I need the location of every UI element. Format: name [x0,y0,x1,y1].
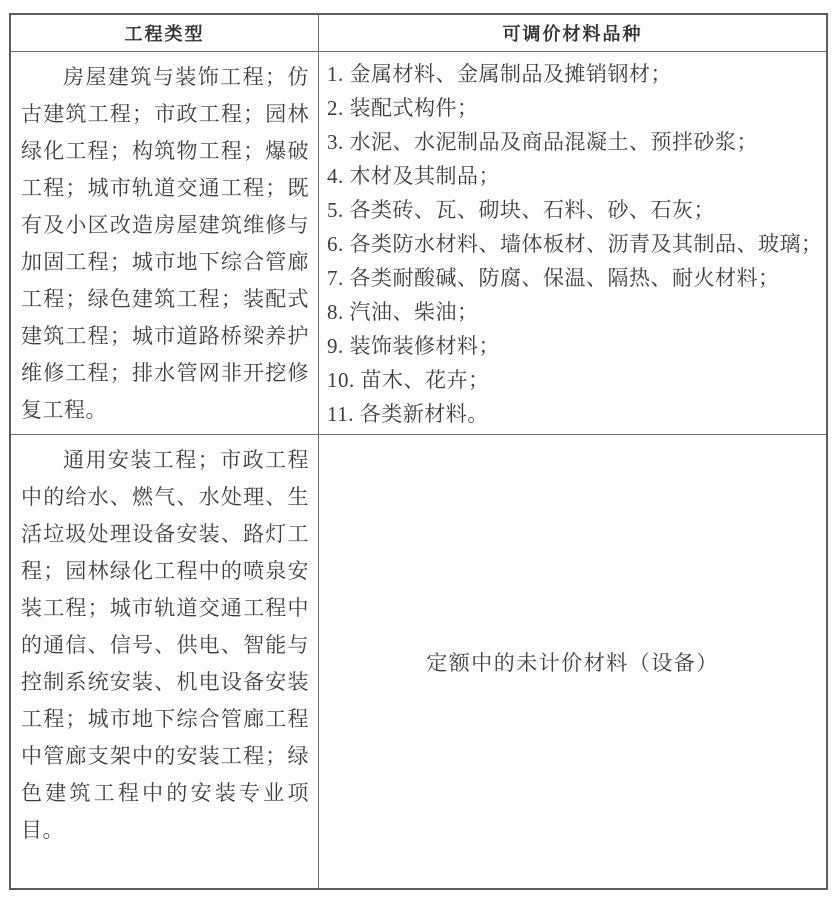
project-types-construction-cell: 房屋建筑与装饰工程；仿古建筑工程；市政工程；园林绿化工程；构筑物工程；爆破工程；… [11,52,319,435]
list-item: 3. 水泥、水泥制品及商品混凝土、预拌砂浆； [327,125,822,159]
list-item: 10. 苗木、花卉； [327,363,822,397]
list-item: 6. 各类防水材料、墙体板材、沥青及其制品、玻璃； [327,227,822,261]
list-item: 4. 木材及其制品； [327,159,822,193]
materials-note-cell: 定额中的未计价材料（设备） [319,435,826,888]
materials-list: 1. 金属材料、金属制品及摊销钢材； 2. 装配式构件； 3. 水泥、水泥制品及… [319,52,826,435]
list-item: 11. 各类新材料。 [327,397,822,431]
list-item: 7. 各类耐酸碱、防腐、保温、隔热、耐火材料； [327,261,822,295]
price-adjustable-materials-table: 工程类型 可调价材料品种 房屋建筑与装饰工程；仿古建筑工程；市政工程；园林绿化工… [9,13,828,890]
document-page: 工程类型 可调价材料品种 房屋建筑与装饰工程；仿古建筑工程；市政工程；园林绿化工… [0,0,840,904]
list-item: 9. 装饰装修材料； [327,329,822,363]
list-item: 1. 金属材料、金属制品及摊销钢材； [327,57,822,91]
project-types-installation-cell: 通用安装工程；市政工程中的给水、燃气、水处理、生活垃圾处理设备安装、路灯工程；园… [11,435,319,888]
list-item: 5. 各类砖、瓦、砌块、石料、砂、石灰； [327,193,822,227]
header-project-type: 工程类型 [11,15,319,52]
header-adjustable-materials: 可调价材料品种 [319,15,826,52]
list-item: 8. 汽油、柴油； [327,295,822,329]
list-item: 2. 装配式构件； [327,91,822,125]
